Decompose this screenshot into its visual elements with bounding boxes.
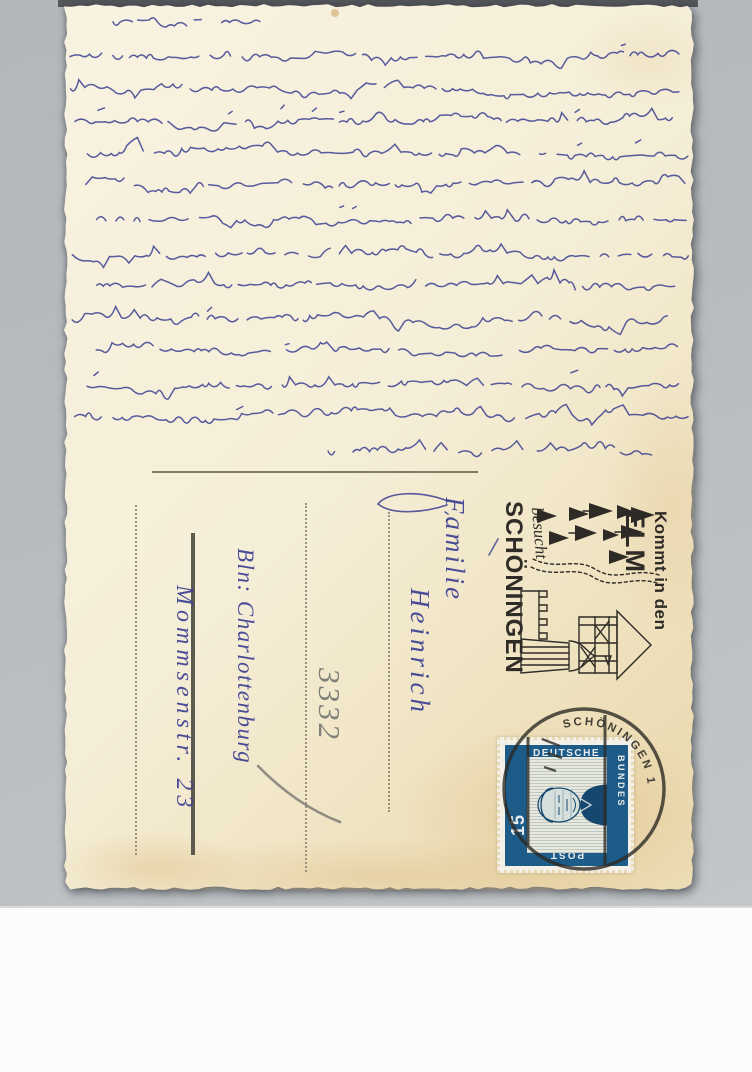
- elm-forest-trees-drawing: [537, 503, 655, 564]
- postmark-date-smudge: [542, 739, 562, 771]
- foxing-spot: [331, 9, 339, 17]
- recipient-name-second-line: Heinrich: [395, 588, 433, 740]
- pencil-code: 3332: [301, 668, 345, 790]
- address-street-line: Mommsenstr. 23: [154, 585, 196, 841]
- address-rule-dotted-1: [135, 505, 137, 855]
- slogan-pictorial-drawing: [515, 495, 661, 697]
- winding-path-drawing: [531, 559, 659, 583]
- half-timbered-house-drawing: [579, 611, 651, 679]
- scanned-postcard-scene: Familie Heinrich Bln: Charlottenburg Mom…: [0, 0, 752, 1072]
- postmark-arc-text: SCHÖNINGEN 1: [562, 716, 657, 787]
- message-address-divider-line: [152, 471, 478, 473]
- recipient-name-first-line: Familie: [432, 497, 468, 615]
- postmark: SCHÖNINGEN 1: [494, 699, 674, 879]
- scanner-bed-white-area: [0, 906, 752, 1072]
- address-city-line: Bln: Charlottenburg: [215, 548, 257, 812]
- slogan-cancel: Kommt in den ELM besucht SCHÖNINGEN: [495, 487, 695, 700]
- postcard-back: Familie Heinrich Bln: Charlottenburg Mom…: [64, 4, 694, 890]
- address-rule-dotted-3: [388, 512, 390, 812]
